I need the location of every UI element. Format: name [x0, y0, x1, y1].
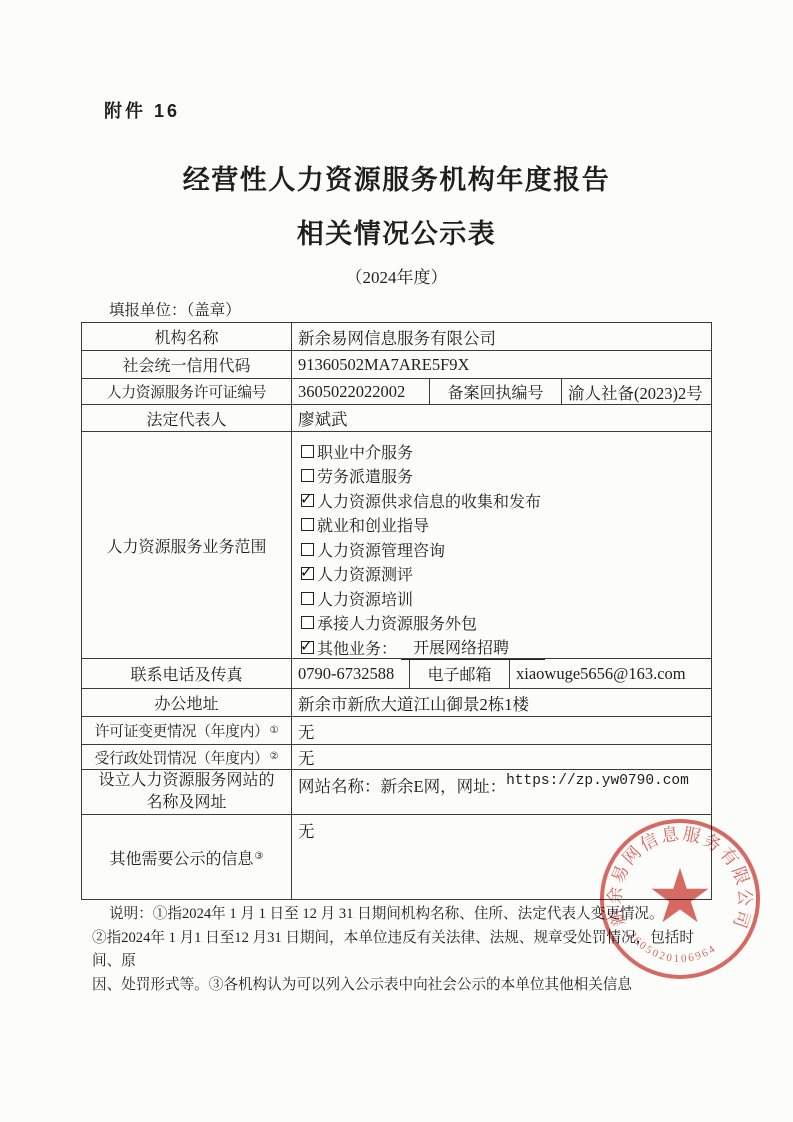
legal-representative-value: 廖斌武 — [291, 405, 711, 431]
service-scope-list: 职业中介服务劳务派遣服务人力资源供求信息的收集和发布就业和创业指导人力资源管理咨… — [291, 432, 711, 658]
email-value: xiaowuge5656@163.com — [509, 659, 711, 688]
service-item: 承接人力资源服务外包 — [301, 611, 707, 636]
footnotes: 说明：①指2024年 1 月 1 日至 12 月 31 日期间机构名称、住所、法… — [92, 903, 722, 997]
other-business-value: 开展网络招聘 — [401, 635, 545, 660]
website-name-text: 网站名称：新余E网，网址： — [298, 773, 506, 797]
row-license-number: 人力资源服务许可证编号 3605022022002 备案回执编号 渝人社备(20… — [82, 378, 711, 404]
service-label: 人力资源培训 — [317, 587, 413, 610]
row-contact: 联系电话及传真 0790-6732588 电子邮箱 xiaowuge5656@1… — [82, 658, 711, 688]
service-item: 其他业务：开展网络招聘 — [301, 635, 707, 660]
org-name-value: 新余易网信息服务有限公司 — [291, 323, 711, 350]
service-item: 人力资源供求信息的收集和发布 — [301, 488, 707, 513]
filing-receipt-label: 备案回执编号 — [429, 379, 561, 404]
phone-fax-value: 0790-6732588 — [291, 659, 409, 688]
service-label: 人力资源管理咨询 — [317, 538, 445, 561]
checkbox-unchecked-icon — [301, 518, 314, 531]
row-org-name: 机构名称 新余易网信息服务有限公司 — [82, 323, 711, 350]
penalty-value: 无 — [291, 745, 711, 769]
row-office-address: 办公地址 新余市新欣大道江山御景2栋1楼 — [82, 688, 711, 716]
other-info-value: 无 — [291, 815, 711, 899]
row-license-change: 许可证变更情况（年度内）① 无 — [82, 716, 711, 744]
org-name-label: 机构名称 — [82, 323, 291, 350]
phone-fax-label: 联系电话及传真 — [82, 659, 291, 688]
service-item: 就业和创业指导 — [301, 513, 707, 538]
credit-code-value: 91360502MA7ARE5F9X — [291, 351, 711, 378]
filing-unit-label: 填报单位：（盖章） — [109, 298, 241, 320]
row-website: 设立人力资源服务网站的名称及网址 网站名称：新余E网，网址：https://zp… — [82, 769, 711, 814]
document-page: 附件 16 经营性人力资源服务机构年度报告 相关情况公示表 （2024年度） 填… — [0, 0, 793, 1122]
document-title-line1: 经营性人力资源服务机构年度报告 — [0, 158, 793, 197]
license-number-label: 人力资源服务许可证编号 — [82, 379, 291, 404]
footnote-line-3: 因、处罚形式等。③各机构认为可以列入公示表中向社会公示的本单位其他相关信息 — [92, 974, 722, 998]
credit-code-label: 社会统一信用代码 — [82, 351, 291, 378]
website-url: https://zp.yw0790.com — [506, 773, 689, 789]
website-label: 设立人力资源服务网站的名称及网址 — [82, 770, 291, 814]
service-label: 其他业务： — [317, 636, 397, 659]
document-title-line2: 相关情况公示表 — [0, 212, 793, 251]
filing-receipt-value: 渝人社备(2023)2号 — [561, 379, 711, 404]
office-address-label: 办公地址 — [82, 689, 291, 716]
legal-representative-label: 法定代表人 — [82, 405, 291, 431]
checkbox-unchecked-icon — [301, 616, 314, 629]
service-label: 承接人力资源服务外包 — [317, 611, 477, 634]
service-item: 人力资源管理咨询 — [301, 537, 707, 562]
website-value: 网站名称：新余E网，网址：https://zp.yw0790.com — [291, 770, 711, 814]
footnote-line-1: 说明：①指2024年 1 月 1 日至 12 月 31 日期间机构名称、住所、法… — [92, 903, 722, 927]
license-change-label: 许可证变更情况（年度内）① — [82, 717, 291, 744]
penalty-label: 受行政处罚情况（年度内）② — [82, 745, 291, 769]
other-info-label: 其他需要公示的信息③ — [82, 815, 291, 899]
attachment-label: 附件 16 — [104, 97, 180, 123]
row-other-info: 其他需要公示的信息③ 无 — [82, 814, 711, 899]
service-item: 劳务派遣服务 — [301, 464, 707, 489]
row-penalty: 受行政处罚情况（年度内）② 无 — [82, 744, 711, 769]
service-item: 职业中介服务 — [301, 439, 707, 464]
footnote-line-2: ②指2024年 1 月1 日至12 月31 日期间，本单位违反有关法律、法规、规… — [92, 927, 722, 974]
service-label: 人力资源测评 — [317, 562, 413, 585]
report-year: （2024年度） — [0, 263, 793, 288]
row-legal-representative: 法定代表人 廖斌武 — [82, 404, 711, 431]
checkbox-checked-icon — [301, 494, 314, 507]
service-label: 就业和创业指导 — [317, 513, 429, 536]
row-credit-code: 社会统一信用代码 91360502MA7ARE5F9X — [82, 350, 711, 378]
checkbox-unchecked-icon — [301, 469, 314, 482]
checkbox-unchecked-icon — [301, 543, 314, 556]
service-scope-label: 人力资源服务业务范围 — [82, 432, 291, 658]
service-label: 劳务派遣服务 — [317, 464, 413, 487]
service-item: 人力资源培训 — [301, 586, 707, 611]
email-label: 电子邮箱 — [409, 659, 509, 688]
checkbox-unchecked-icon — [301, 445, 314, 458]
service-label: 人力资源供求信息的收集和发布 — [317, 489, 541, 512]
checkbox-checked-icon — [301, 641, 314, 654]
row-service-scope: 人力资源服务业务范围 职业中介服务劳务派遣服务人力资源供求信息的收集和发布就业和… — [82, 431, 711, 658]
license-change-value: 无 — [291, 717, 711, 744]
checkbox-checked-icon — [301, 567, 314, 580]
service-label: 职业中介服务 — [317, 440, 413, 463]
service-item: 人力资源测评 — [301, 562, 707, 587]
license-number-value: 3605022022002 — [291, 379, 429, 404]
checkbox-unchecked-icon — [301, 592, 314, 605]
office-address-value: 新余市新欣大道江山御景2栋1楼 — [291, 689, 711, 716]
report-form-table: 机构名称 新余易网信息服务有限公司 社会统一信用代码 91360502MA7AR… — [81, 322, 712, 900]
